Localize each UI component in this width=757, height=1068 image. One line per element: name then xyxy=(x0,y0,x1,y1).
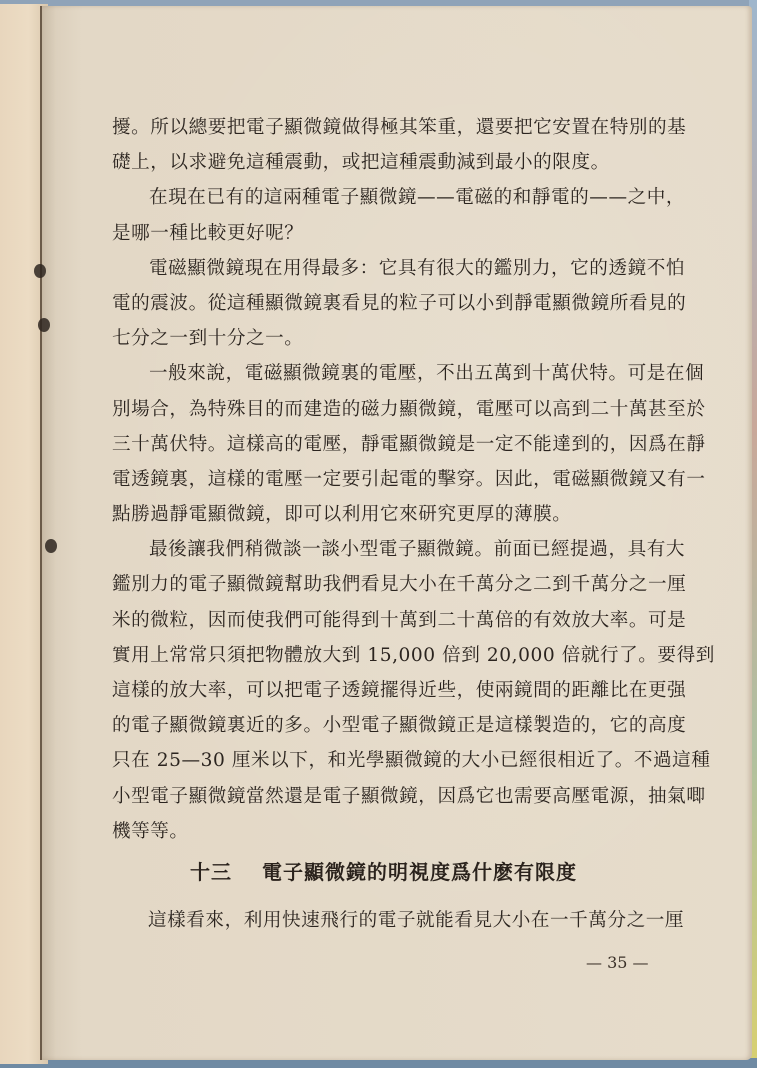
text-line: 實用上常常只須把物體放大到 15,000 倍到 20,000 倍就行了。要得到 xyxy=(112,638,672,673)
text-line: 電磁顯微鏡現在用得最多：它具有很大的鑑別力，它的透鏡不怕 xyxy=(112,251,672,286)
page-number: — 35 — xyxy=(586,953,649,972)
section-heading: 十三電子顯微鏡的明視度爲什麽有限度 xyxy=(190,856,590,885)
text-line: 只在 25—30 厘米以下，和光學顯微鏡的大小已經很相近了。不過這種 xyxy=(112,743,672,778)
text-line: 的電子顯微鏡裏近的多。小型電子顯微鏡正是這樣製造的，它的高度 xyxy=(112,708,672,743)
text-line: 擾。所以總要把電子顯微鏡做得極其笨重，還要把它安置在特別的基 xyxy=(112,110,672,145)
text-line: 電的震波。從這種顯微鏡裏看見的粒子可以小到靜電顯微鏡所看見的 xyxy=(112,286,672,321)
body-text: 擾。所以總要把電子顯微鏡做得極其笨重，還要把它安置在特別的基 礎上，以求避免這種… xyxy=(112,110,672,849)
section-first-line: 這樣看來，利用快速飛行的電子就能看見大小在一千萬分之一厘 xyxy=(148,906,684,932)
binding-stain-mark xyxy=(34,264,46,278)
text-line: 三十萬伏特。這樣高的電壓，靜電顯微鏡是一定不能達到的，因爲在靜 xyxy=(112,427,672,462)
text-line: 在現在已有的這兩種電子顯微鏡——電磁的和靜電的——之中， xyxy=(112,180,672,215)
section-number: 十三 xyxy=(190,860,232,884)
text-line: 七分之一到十分之一。 xyxy=(112,321,672,356)
binding-stain-mark xyxy=(38,318,50,332)
text-line: 機等等。 xyxy=(112,814,672,849)
text-line: 點勝過靜電顯微鏡，即可以利用它來研究更厚的薄膜。 xyxy=(112,497,672,532)
binding-stain-mark xyxy=(45,539,57,553)
text-line: 電透鏡裏，這樣的電壓一定要引起電的擊穿。因此，電磁顯微鏡又有一 xyxy=(112,462,672,497)
text-line: 一般來說，電磁顯微鏡裏的電壓，不出五萬到十萬伏特。可是在個 xyxy=(112,356,672,391)
text-line: 最後讓我們稍微談一談小型電子顯微鏡。前面已經提過，具有大 xyxy=(112,532,672,567)
section-title: 電子顯微鏡的明視度爲什麽有限度 xyxy=(262,860,577,884)
text-line: 這樣的放大率，可以把電子透鏡擺得近些，使兩鏡間的距離比在更强 xyxy=(112,673,672,708)
text-line: 礎上，以求避免這種震動，或把這種震動減到最小的限度。 xyxy=(112,145,672,180)
text-line: 別場合，為特殊目的而建造的磁力顯微鏡，電壓可以高到二十萬甚至於 xyxy=(112,392,672,427)
text-line: 是哪一種比較更好呢？ xyxy=(112,216,672,251)
text-line: 小型電子顯微鏡當然還是電子顯微鏡，因爲它也需要高壓電源，抽氣唧 xyxy=(112,779,672,814)
text-line: 米的微粒，因而使我們可能得到十萬到二十萬倍的有效放大率。可是 xyxy=(112,603,672,638)
text-line: 鑑別力的電子顯微鏡幫助我們看見大小在千萬分之二到千萬分之一厘 xyxy=(112,567,672,602)
